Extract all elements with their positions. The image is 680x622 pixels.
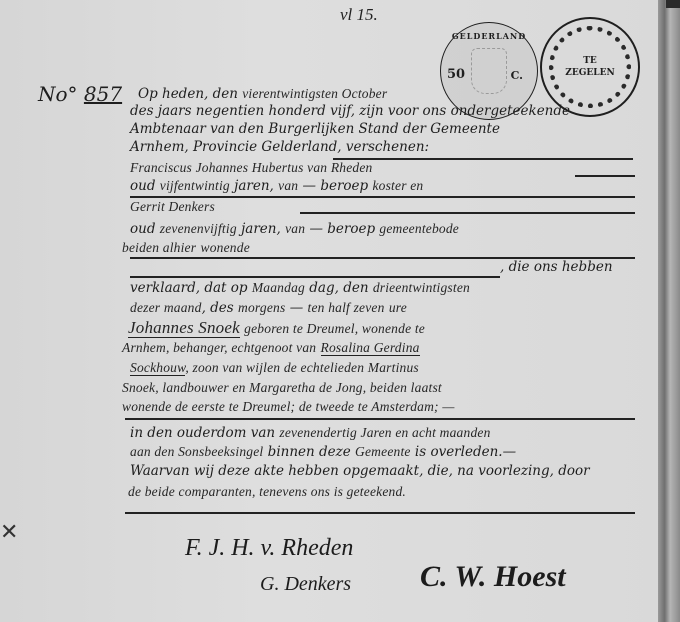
signature-registrar: C. W. Hoest xyxy=(420,560,566,594)
text-line: oud zevenenvijftig jaren, van — beroep g… xyxy=(130,221,459,237)
text-line: oud vijfentwintig jaren, van — beroep ko… xyxy=(130,178,423,194)
signature-witness-2: G. Denkers xyxy=(260,573,351,596)
record-number-prefix: No xyxy=(38,82,68,106)
text-line: dezer maand, des morgens — ten half zeve… xyxy=(130,300,407,316)
spouse-name: Rosalina Gerdina xyxy=(321,340,420,356)
record-number: No° 857 xyxy=(38,82,122,106)
page-edge-corner xyxy=(666,0,680,8)
text-line: Gerrit Denkers xyxy=(130,199,215,215)
text-line: des jaars negentien honderd vijf, zijn v… xyxy=(130,103,570,119)
text-line: Ambtenaar van den Burgerlijken Stand der… xyxy=(130,121,500,137)
record-number-value: 857 xyxy=(84,82,122,106)
te-zegelen-stamp: TE ZEGELEN xyxy=(540,17,640,117)
text-line: Arnhem, behanger, echtgenoot van Rosalin… xyxy=(122,340,420,356)
text-line: , die ons hebben xyxy=(500,259,613,275)
text-line: Franciscus Johannes Hubertus van Rheden xyxy=(130,160,373,176)
text-line: wonende de eerste te Dreumel; de tweede … xyxy=(122,399,455,415)
page-edge xyxy=(658,0,680,622)
text-line: Waarvan wij deze akte hebben opgemaakt, … xyxy=(130,463,590,479)
stamp-right-value: C. xyxy=(511,69,523,82)
text-line: in den ouderdom van zevenendertig Jaren … xyxy=(130,425,491,441)
deceased-name: Johannes Snoek xyxy=(128,318,240,338)
text-line: beiden alhier wonende xyxy=(122,240,250,256)
stamp-line2: ZEGELEN xyxy=(565,67,614,79)
text-line: de beide comparanten, tenevens ons is ge… xyxy=(128,484,406,500)
margin-mark: ✕ xyxy=(0,520,18,545)
text-line: aan den Sonsbeeksingel binnen deze Gemee… xyxy=(130,444,516,460)
fill-line xyxy=(130,196,635,198)
fill-line xyxy=(125,418,635,420)
stamp-line1: TE xyxy=(583,55,597,67)
stamp-left-value: 50 xyxy=(447,67,465,82)
text-line: Sockhouw, zoon van wijlen de echtelieden… xyxy=(130,360,419,376)
fill-line xyxy=(575,175,635,177)
laurel-wreath-icon: TE ZEGELEN xyxy=(549,26,631,108)
stamp-top-text: GELDERLAND xyxy=(452,31,526,41)
fill-line xyxy=(300,212,635,214)
text-line: Johannes Snoek geboren te Dreumel, wonen… xyxy=(128,320,425,337)
fill-line xyxy=(333,158,633,160)
text-line: verklaard, dat op Maandag dag, den driee… xyxy=(130,280,470,296)
text-line: Snoek, landbouwer en Margaretha de Jong,… xyxy=(122,380,442,396)
text-line: Op heden, den vierentwintigsten October xyxy=(138,86,387,102)
signature-witness-1: F. J. H. v. Rheden xyxy=(185,535,353,562)
fill-line xyxy=(125,512,635,514)
fill-line xyxy=(130,276,500,278)
coat-of-arms-icon xyxy=(471,48,507,94)
text-line: Arnhem, Provincie Gelderland, verschenen… xyxy=(130,139,429,155)
reference-note: vl 15. xyxy=(340,5,378,25)
